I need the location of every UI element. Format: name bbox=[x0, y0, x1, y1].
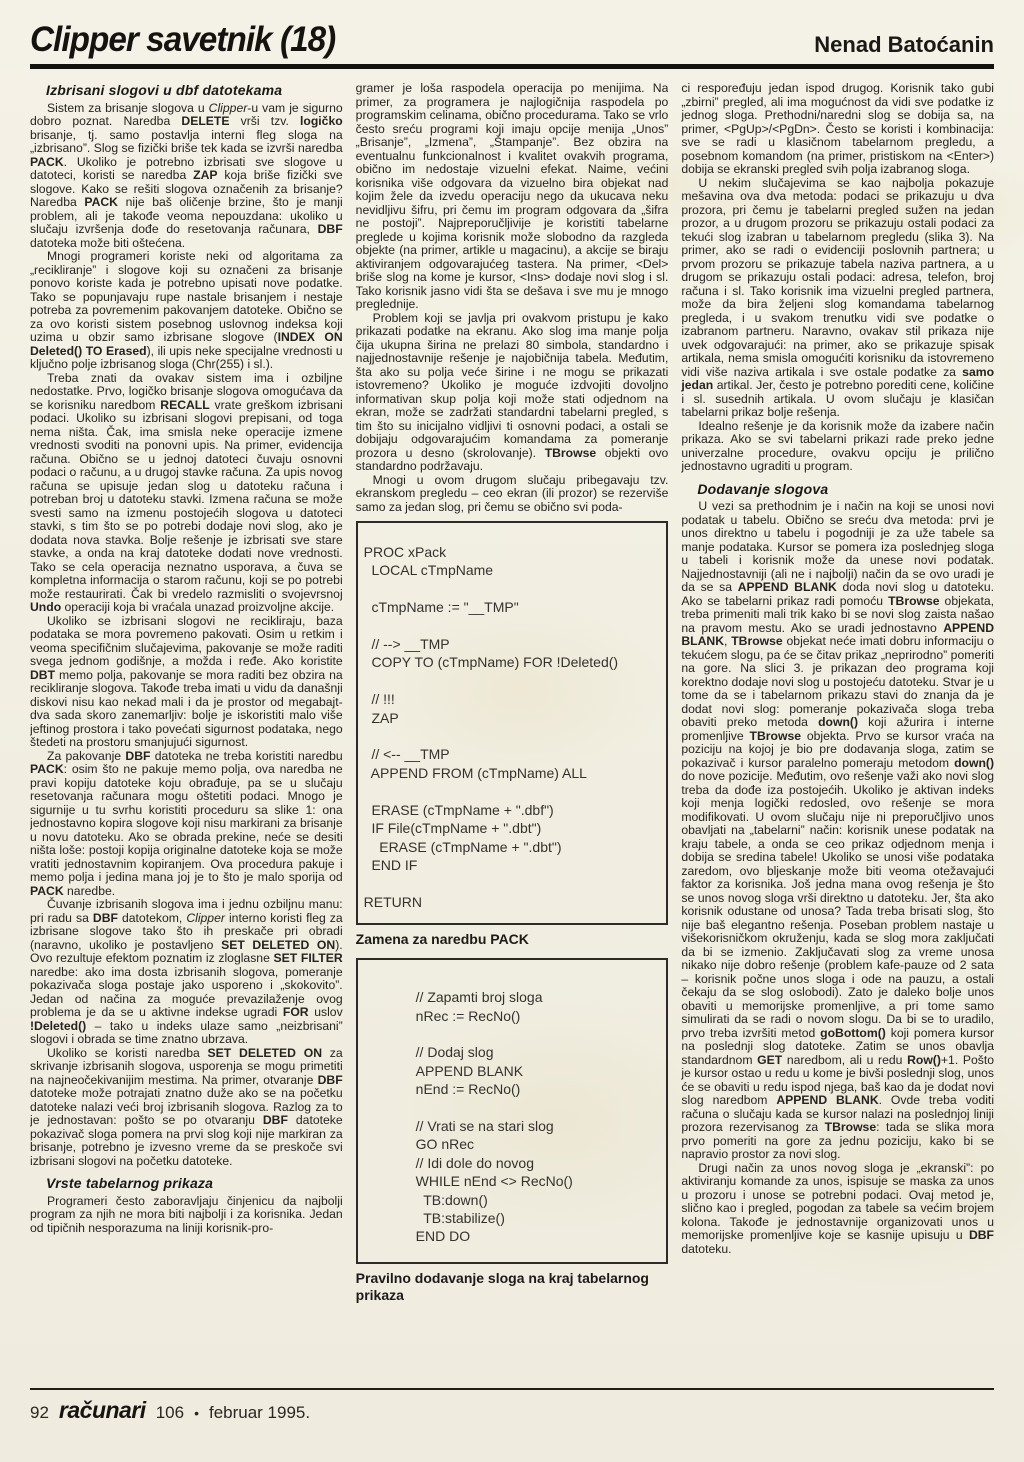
paragraph: Čuvanje izbrisanih slogova ima i jednu o… bbox=[30, 898, 343, 1047]
paragraph: U nekim slučajevima se kao najbolja poka… bbox=[681, 177, 994, 420]
column-1: Izbrisani slogovi u dbf datotekama Siste… bbox=[30, 82, 343, 1352]
paragraph: Sistem za brisanje slogova u Clipper-u v… bbox=[30, 102, 343, 251]
code-listing-pack-replacement: PROC xPack LOCAL cTmpName cTmpName := "_… bbox=[356, 521, 669, 925]
paragraph: gramer je loša raspodela operacija po me… bbox=[356, 82, 669, 312]
issue-number: 106 bbox=[156, 1403, 184, 1423]
page-footer: 92 računari 106 • februar 1995. bbox=[30, 1388, 994, 1424]
paragraph: Mnogi u ovom drugom slučaju pribegavaju … bbox=[356, 474, 669, 515]
footer-bullet: • bbox=[194, 1405, 199, 1421]
paragraph: U vezi sa prethodnim je i način na koji … bbox=[681, 500, 994, 1162]
section-heading-deleted-records: Izbrisani slogovi u dbf datotekama bbox=[46, 84, 343, 98]
article-title: Clipper savetnik (18) bbox=[30, 20, 335, 60]
code-text: // Zapamti broj sloga nRec := RecNo() //… bbox=[416, 988, 659, 1246]
paragraph: Programeri često zaboravljaju činjenicu … bbox=[30, 1195, 343, 1236]
article-author: Nenad Batoćanin bbox=[814, 32, 994, 60]
code-text: PROC xPack LOCAL cTmpName cTmpName := "_… bbox=[364, 543, 661, 911]
figure-caption-append: Pravilno dodavanje sloga na kraj tabelar… bbox=[356, 1270, 669, 1304]
magazine-page: Clipper savetnik (18) Nenad Batoćanin Iz… bbox=[0, 0, 1024, 1352]
header-rule bbox=[30, 64, 994, 69]
paragraph: ci respoređuju jedan ispod drugog. Koris… bbox=[681, 82, 994, 177]
paragraph: Treba znati da ovakav sistem ima i ozbil… bbox=[30, 372, 343, 615]
paragraph: Mnogi programeri koriste neki od algorit… bbox=[30, 250, 343, 372]
magazine-logo: računari bbox=[59, 1397, 146, 1424]
figure-caption-pack: Zamena za naredbu PACK bbox=[356, 931, 669, 948]
column-3: ci respoređuju jedan ispod drugog. Koris… bbox=[681, 82, 994, 1352]
section-heading-table-views: Vrste tabelarnog prikaza bbox=[46, 1177, 343, 1191]
section-heading-adding-records: Dodavanje slogova bbox=[697, 483, 994, 497]
paragraph: Idealno rešenje je da korisnik može da i… bbox=[681, 420, 994, 474]
article-body: Izbrisani slogovi u dbf datotekama Siste… bbox=[30, 82, 994, 1352]
paragraph: Ukoliko se koristi naredba SET DELETED O… bbox=[30, 1047, 343, 1169]
code-listing-append-record: // Zapamti broj sloga nRec := RecNo() //… bbox=[356, 958, 669, 1264]
paragraph: Drugi način za unos novog sloga je „ekra… bbox=[681, 1162, 994, 1257]
paragraph: Za pakovanje DBF datoteka ne treba koris… bbox=[30, 750, 343, 899]
paragraph: Problem koji se javlja pri ovakvom prist… bbox=[356, 312, 669, 474]
article-header: Clipper savetnik (18) Nenad Batoćanin bbox=[30, 20, 994, 69]
column-2: gramer je loša raspodela operacija po me… bbox=[356, 82, 669, 1352]
paragraph: Ukoliko se izbrisani slogovi ne reciklir… bbox=[30, 615, 343, 750]
issue-date: februar 1995. bbox=[209, 1403, 310, 1423]
footer-rule bbox=[30, 1388, 994, 1390]
page-number: 92 bbox=[30, 1403, 49, 1423]
